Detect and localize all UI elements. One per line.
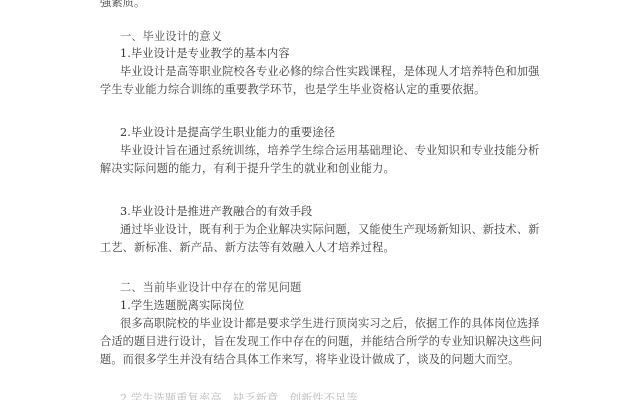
paragraph-line: 题。而很多学生并没有结合具体工作来写，将毕业设计做成了，谈及的问题大而空。 [100, 353, 520, 367]
paragraph-line: 通过毕业设计，既有利于为企业解决实际问题，又能使生产现场新知识、新技术、新 [120, 223, 540, 237]
paragraph-line: 学生专业能力综合训练的重要教学环节，也是学生毕业资格认定的重要依据。 [100, 83, 485, 97]
item-title-2-2-partial: 2.学生选题重复率高，缺乏新意，创新性不足等 [120, 392, 358, 400]
paragraph-line: 合适的题目进行设计，旨在发现工作中存在的问题，并能结合所学的专业知识解决这些问 [100, 335, 542, 349]
paragraph-line: 毕业设计是高等职业院校各专业必修的综合性实践课程，是体现人才培养特色和加强 [120, 65, 540, 79]
item-title-1-1: 1.毕业设计是专业教学的基本内容 [120, 47, 290, 61]
paragraph-line: 很多高职院校的毕业设计都是要求学生进行顶岗实习之后，依据工作的具体岗位选择 [120, 317, 540, 331]
section-heading-2: 二、当前毕业设计中存在的常见问题 [120, 281, 301, 295]
item-title-1-2: 2.毕业设计是提高学生职业能力的重要途径 [120, 126, 335, 140]
section-heading-1: 一、毕业设计的意义 [120, 30, 222, 44]
document-page: 强素质。 一、毕业设计的意义 1.毕业设计是专业教学的基本内容 毕业设计是高等职… [0, 0, 640, 400]
item-title-2-1: 1.学生选题脱离实际岗位 [120, 299, 244, 313]
paragraph-line: 解决实际问题的能力，有利于提升学生的就业和创业能力。 [100, 162, 395, 176]
top-fragment-text: 强素质。 [100, 0, 145, 10]
item-title-1-3: 3.毕业设计是推进产教融合的有效手段 [120, 205, 312, 219]
paragraph-line: 工艺、新标准、新产品、新方法等有效融入人才培养过程。 [100, 241, 395, 255]
paragraph-line: 毕业设计旨在通过系统训练，培养学生综合运用基础理论、专业知识和专业技能分析 [120, 144, 540, 158]
